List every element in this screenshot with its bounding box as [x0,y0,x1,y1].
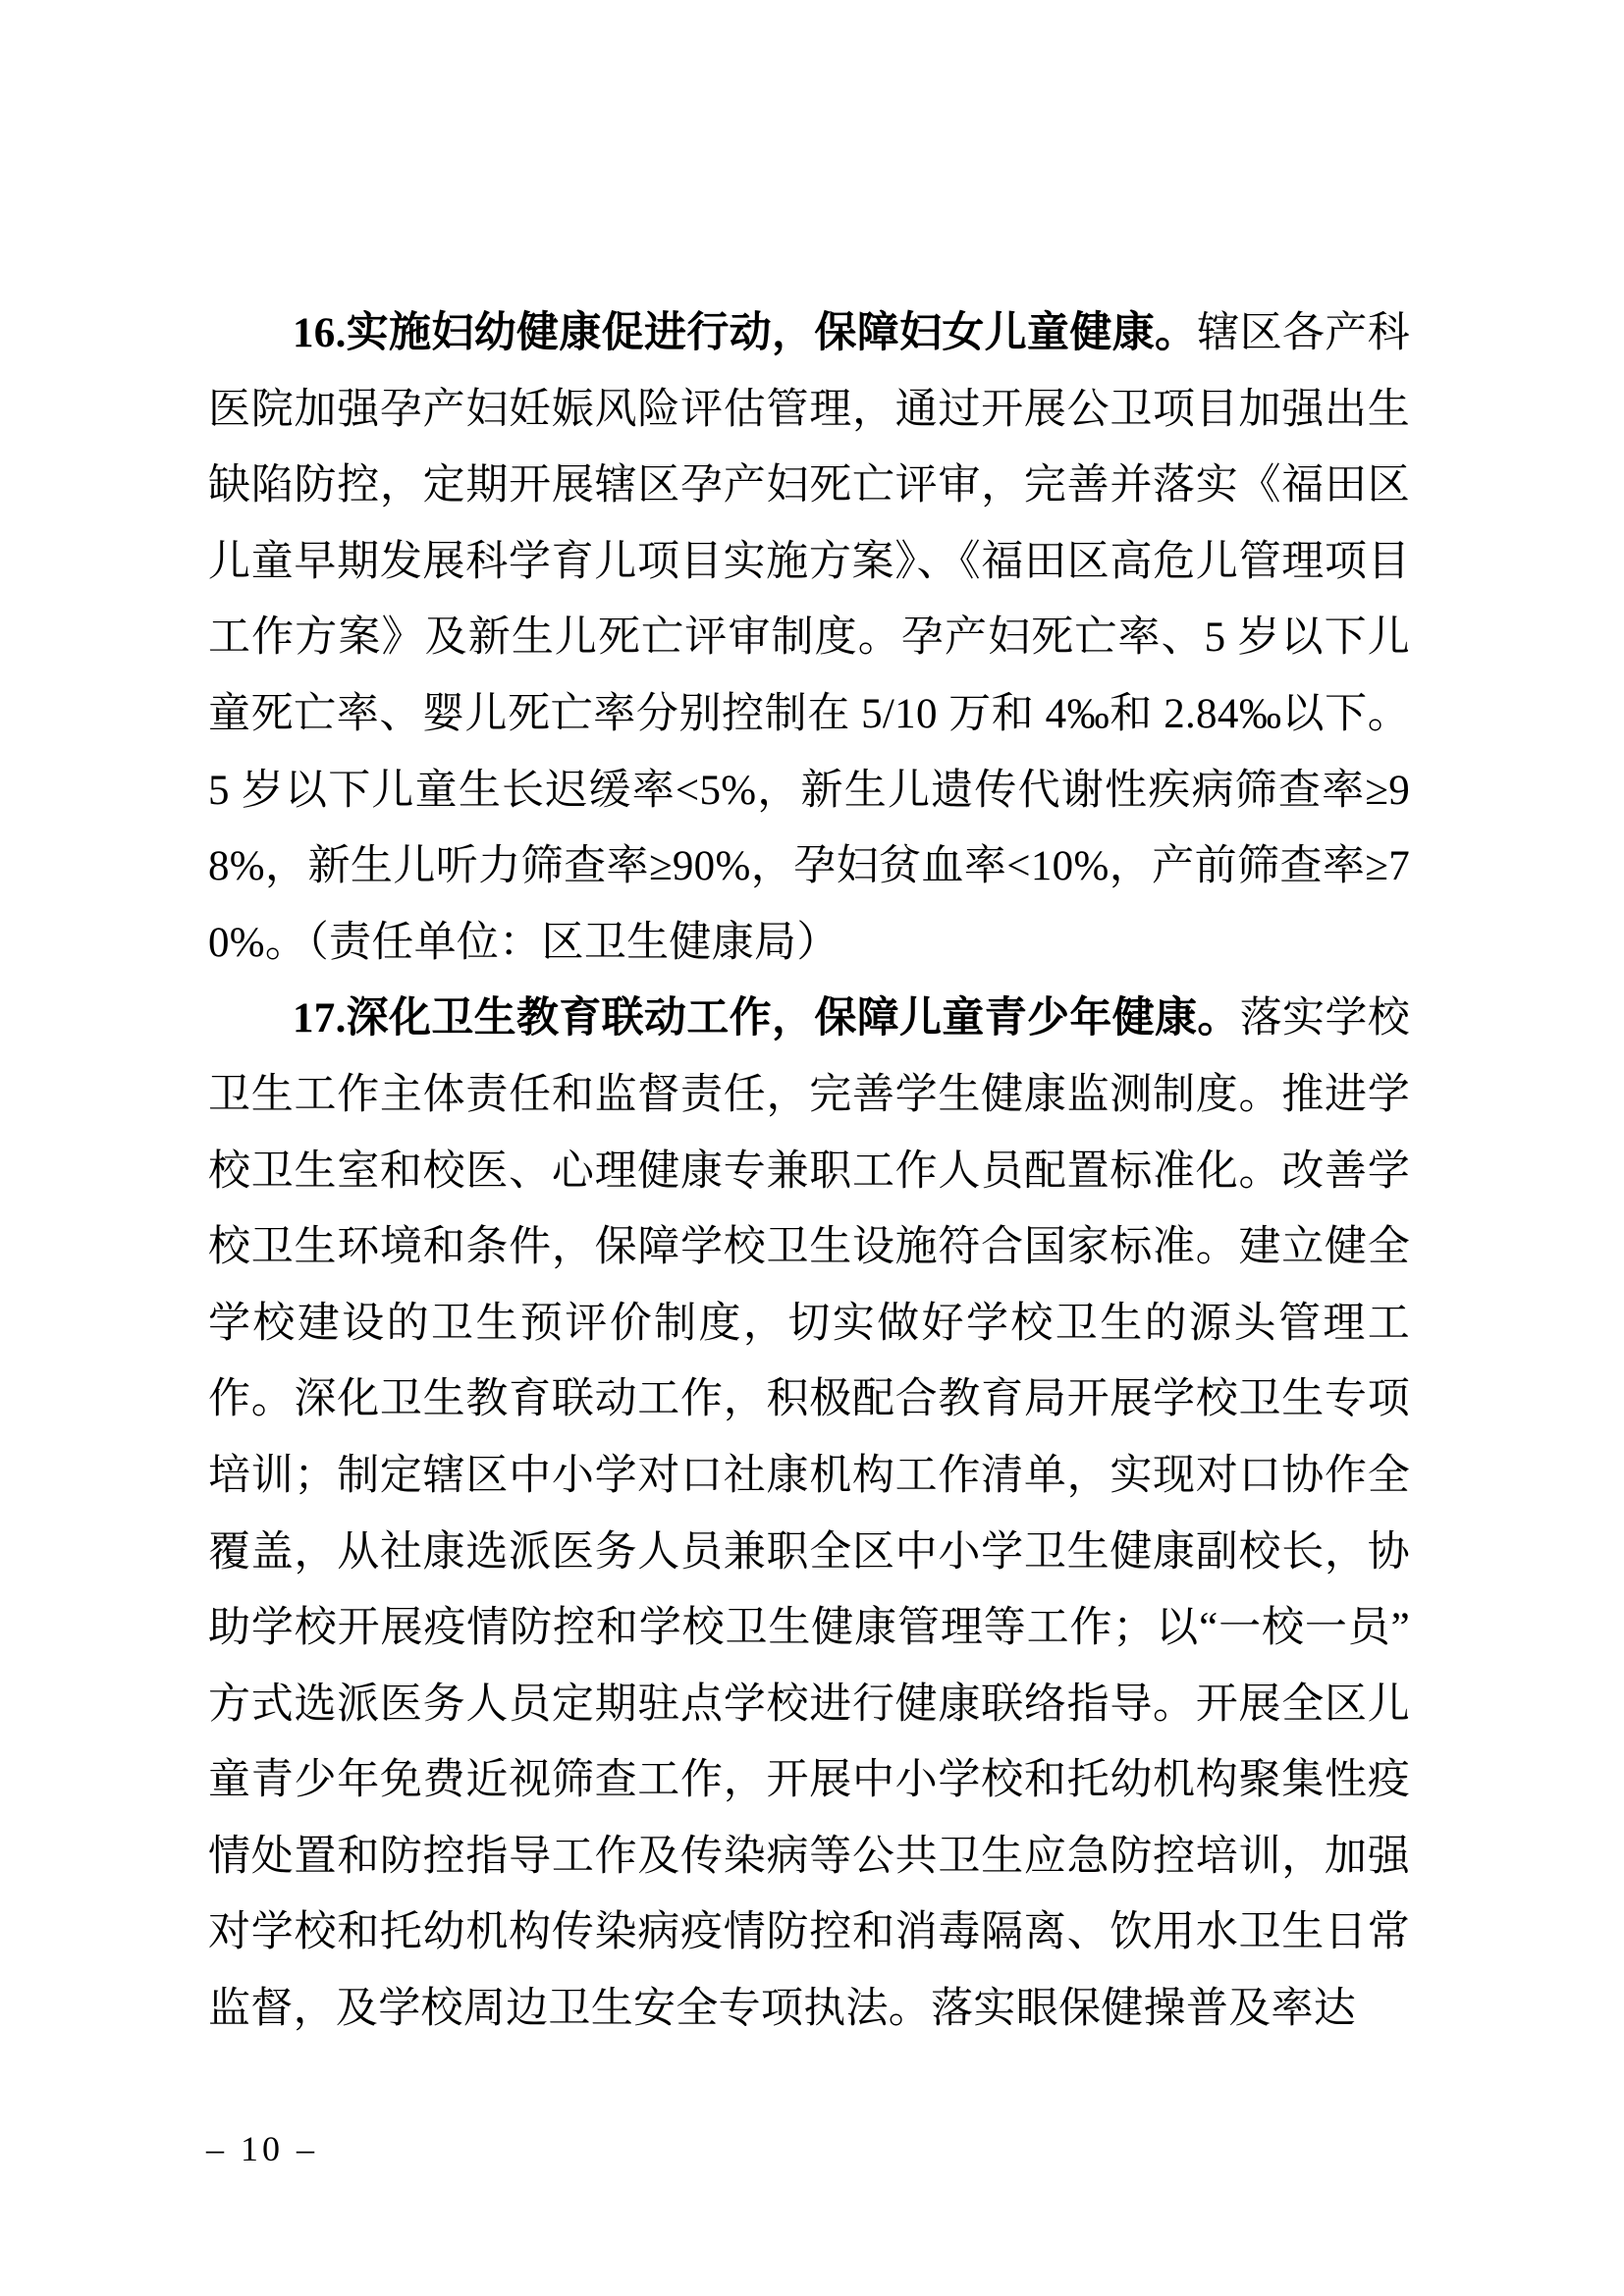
page-number: – 10 – [206,2128,318,2169]
document-body: 16.实施妇幼健康促进行动，保障妇女儿童健康。辖区各产科医院加强孕产妇妊娠风险评… [208,295,1410,2048]
paragraph-17: 17.深化卫生教育联动工作，保障儿童青少年健康。落实学校卫生工作主体责任和监督责… [208,981,1410,2047]
paragraph-16-heading: 16.实施妇幼健康促进行动，保障妇女儿童健康。 [293,310,1197,356]
paragraph-17-body: 落实学校卫生工作主体责任和监督责任，完善学生健康监测制度。推进学校卫生室和校医、… [208,995,1410,2032]
paragraph-17-heading: 17.深化卫生教育联动工作，保障儿童青少年健康。 [293,995,1240,1041]
paragraph-16-body: 辖区各产科医院加强孕产妇妊娠风险评估管理，通过开展公卫项目加强出生缺陷防控，定期… [208,310,1410,966]
paragraph-16: 16.实施妇幼健康促进行动，保障妇女儿童健康。辖区各产科医院加强孕产妇妊娠风险评… [208,295,1410,981]
document-page: 16.实施妇幼健康促进行动，保障妇女儿童健康。辖区各产科医院加强孕产妇妊娠风险评… [0,0,1624,2296]
